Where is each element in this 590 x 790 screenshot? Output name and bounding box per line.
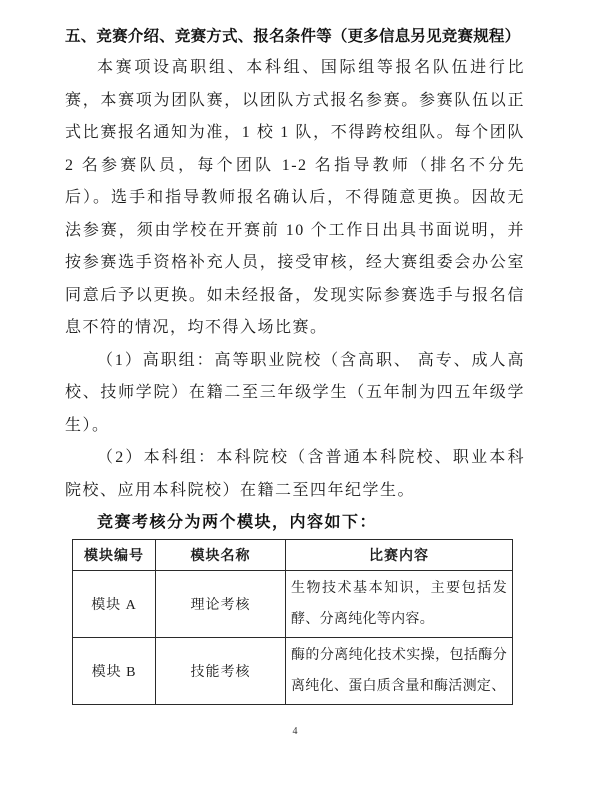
module-b-id-cell: 模块 B xyxy=(73,638,156,705)
table-row-module-b: 模块 B 技能考核 酶的分离纯化技术实操，包括酶分离纯化、蛋白质含量和酶活测定、 xyxy=(73,638,513,705)
table-header-module-id: 模块编号 xyxy=(73,540,156,571)
document-body: 本赛项设高职组、本科组、国际组等报名队伍进行比赛，本赛项为团队赛，以团队方式报名… xyxy=(65,52,525,507)
document-page: 五、竞赛介绍、竞赛方式、报名条件等（更多信息另见竞赛规程） 本赛项设高职组、本科… xyxy=(0,0,590,790)
paragraph-vocational-group: （1）高职组：高等职业院校（含高职、 高专、成人高校、技师学院）在籍二至三年级学… xyxy=(65,345,525,443)
paragraph-undergraduate-group: （2）本科组：本科院校（含普通本科院校、职业本科院校、应用本科院校）在籍二至四年… xyxy=(65,442,525,507)
modules-table: 模块编号 模块名称 比赛内容 模块 A 理论考核 生物技术基本知识，主要包括发酵… xyxy=(72,539,513,705)
paragraph-competition-overview: 本赛项设高职组、本科组、国际组等报名队伍进行比赛，本赛项为团队赛，以团队方式报名… xyxy=(65,52,525,345)
module-a-name-cell: 理论考核 xyxy=(156,571,286,638)
section-title: 五、竞赛介绍、竞赛方式、报名条件等（更多信息另见竞赛规程） xyxy=(65,22,525,52)
table-header-module-name: 模块名称 xyxy=(156,540,286,571)
table-row-module-a: 模块 A 理论考核 生物技术基本知识，主要包括发酵、分离纯化等内容。 xyxy=(73,571,513,638)
module-b-name-cell: 技能考核 xyxy=(156,638,286,705)
module-b-content-cell: 酶的分离纯化技术实操，包括酶分离纯化、蛋白质含量和酶活测定、 xyxy=(286,638,513,705)
table-header-content: 比赛内容 xyxy=(286,540,513,571)
table-intro-heading: 竞赛考核分为两个模块，内容如下： xyxy=(65,507,525,539)
module-a-content-cell: 生物技术基本知识，主要包括发酵、分离纯化等内容。 xyxy=(286,571,513,638)
table-header-row: 模块编号 模块名称 比赛内容 xyxy=(73,540,513,571)
page-number: 4 xyxy=(0,726,590,737)
module-a-id-cell: 模块 A xyxy=(73,571,156,638)
